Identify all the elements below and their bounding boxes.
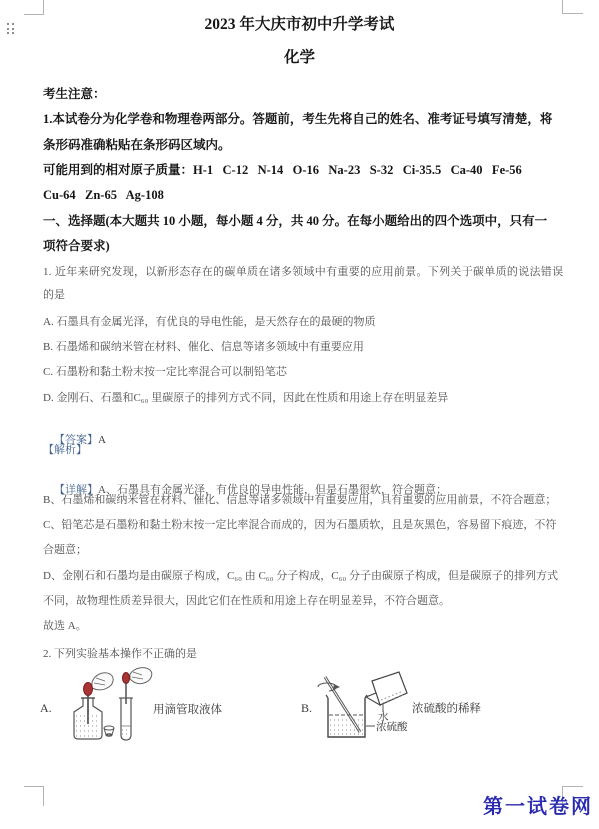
q1-stem-line-1: 1. 近年来研究发现，以新形态存在的碳单质在诸多领域中有重要的应用前景。下列关于… xyxy=(43,265,563,280)
dropper-liquid-illustration xyxy=(36,662,286,808)
q1-option-c: C. 石墨粉和黏土粉末按一定比率混合可以制铅笔芯 xyxy=(43,365,287,380)
answer-value: A xyxy=(98,434,106,446)
q2-option-b-caption: 浓硫酸的稀释 xyxy=(412,700,481,716)
q1-detail-c-line-2: 合题意； xyxy=(43,543,87,558)
hand-icon xyxy=(130,668,152,684)
page-subject: 化学 xyxy=(0,50,599,65)
q1-detail-d-line-1: D、金刚石和石墨均是由碳原子构成，C₆₀ 由 C₆₀ 分子构成，C₆₀ 分子由碳… xyxy=(43,569,558,584)
pouring-vessel-icon xyxy=(366,672,407,705)
q1-detail-b: B、石墨烯和碳纳米管在材料、催化、信息等诸多领域中有重要应用，具有重要的应用前景… xyxy=(43,493,556,508)
notice-line-2: 条形码准确粘贴在条形码区域内。 xyxy=(43,138,231,153)
text-boundary-mark-top-right xyxy=(562,0,583,14)
notice-line-1: 1.本试卷分为化学卷和物理卷两部分。答题前，考生先将自己的姓名、准考证号填写清楚… xyxy=(43,112,552,127)
test-tube-icon xyxy=(119,698,133,740)
glass-rod-icon xyxy=(325,677,360,732)
exam-paper-page: 2023 年大庆市初中升学考试 化学 考生注意： 1.本试卷分为化学卷和物理卷两… xyxy=(0,0,599,829)
atomic-masses-line-1: 可能用到的相对原子质量：H-1 C-12 N-14 O-16 Na-23 S-3… xyxy=(43,163,522,178)
q2-option-a-caption: 用滴管取液体 xyxy=(153,701,222,717)
analysis-label: 【解析】 xyxy=(43,443,87,458)
atomic-masses-line-2: Cu-64 Zn-65 Ag-108 xyxy=(43,188,164,203)
section-heading-line-2: 项符合要求) xyxy=(43,239,110,254)
page-title: 2023 年大庆市初中升学考试 xyxy=(0,17,599,32)
q1-detail-c-line-1: C、铅笔芯是石墨粉和黏土粉末按一定比率混合而成的，因为石墨质软，且是灰黑色，容易… xyxy=(43,518,556,533)
text-boundary-mark-top-left xyxy=(24,0,44,15)
notice-heading: 考生注意： xyxy=(43,87,106,102)
acid-dilution-illustration xyxy=(285,660,515,810)
section-heading-line-1: 一、选择题(本大题共 10 小题，每小题 4 分，共 40 分。在每小题给出的四… xyxy=(43,214,547,229)
q1-option-a: A. 石墨具有金属光泽，有优良的导电性能，是天然存在的最硬的物质 xyxy=(43,315,375,330)
q1-conclusion: 故选 A。 xyxy=(43,619,87,634)
site-watermark: 第一试卷网 xyxy=(483,790,593,819)
stopper-icon xyxy=(104,726,114,736)
q1-detail-d-line-2: 不同，故物理性质差异很大，因此它们在性质和用途上存在明显差异，不符合题意。 xyxy=(43,594,450,609)
q1-stem-line-2: 的是 xyxy=(43,288,65,303)
q2-stem: 2. 下列实验基本操作不正确的是 xyxy=(43,647,197,662)
acid-label: 浓硫酸 xyxy=(376,722,408,733)
q1-option-d: D. 金刚石、石墨和C₆₀ 里碳原子的排列方式不同，因此在性质和用途上存在明显差… xyxy=(43,391,448,406)
dropper-icon xyxy=(123,673,130,705)
hand-icon xyxy=(92,673,113,690)
dropper-icon xyxy=(84,683,93,725)
q1-option-b: B. 石墨烯和碳纳米管在材料、催化、信息等诸多领域中有重要应用 xyxy=(43,340,364,355)
